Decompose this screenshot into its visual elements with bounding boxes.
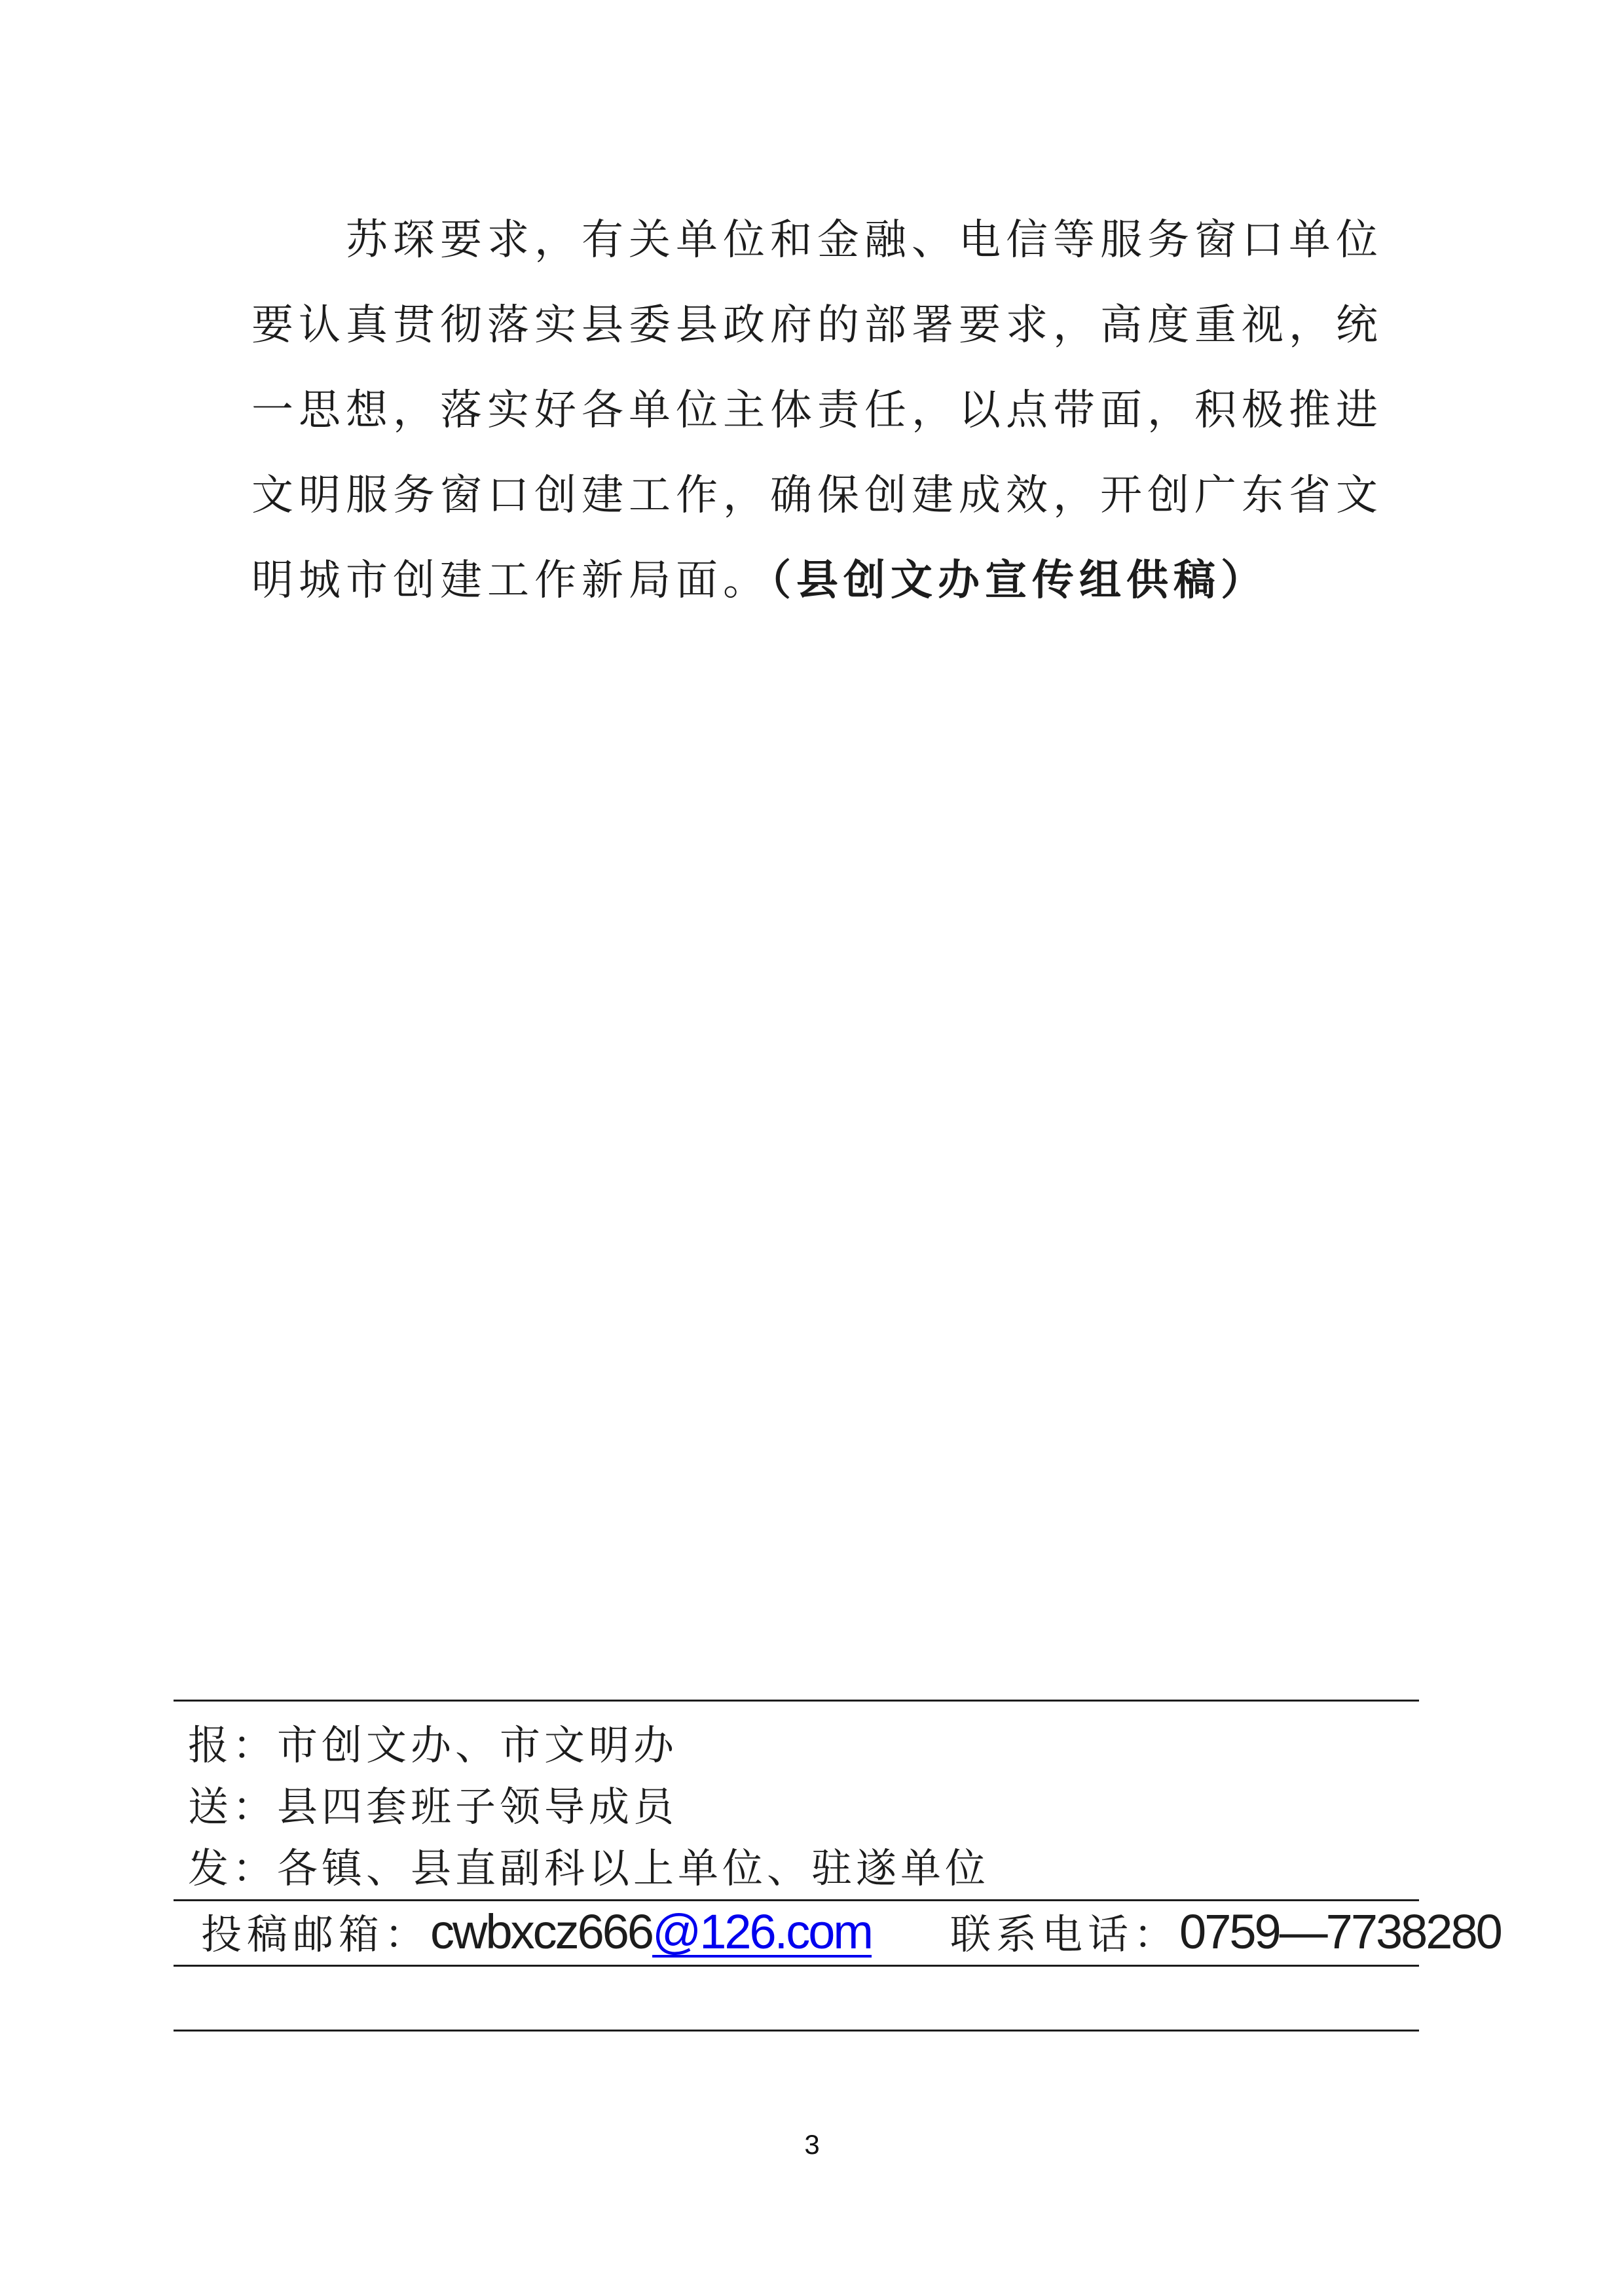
closing-sentence: 明城市创建工作新局面。 xyxy=(251,557,770,604)
phone-number: 0759—7738280 xyxy=(1179,1904,1501,1959)
paragraph-line-4: 文明服务窗口创建工作，确保创建成效，开创广东省文 xyxy=(251,453,1404,538)
document-page: 苏琛要求，有关单位和金融、电信等服务窗口单位 要认真贯彻落实县委县政府的部署要求… xyxy=(0,0,1624,2296)
email-label: 投稿邮箱： xyxy=(201,1913,430,1958)
phone-label: 联系电话： xyxy=(950,1913,1179,1958)
issue-to-row: 发：各镇、县直副科以上单位、驻遂单位 xyxy=(188,1838,989,1900)
contact-row: 投稿邮箱：cwbxcz666@126.com联系电话：0759—7738280 xyxy=(201,1901,1501,1963)
email-domain-link[interactable]: @126.com xyxy=(652,1904,872,1959)
paragraph-line-5: 明城市创建工作新局面。（县创文办宣传组供稿） xyxy=(251,538,1404,623)
paragraph-line-1: 苏琛要求，有关单位和金融、电信等服务窗口单位 xyxy=(251,198,1404,283)
body-paragraph: 苏琛要求，有关单位和金融、电信等服务窗口单位 要认真贯彻落实县委县政府的部署要求… xyxy=(251,198,1404,623)
separator-rule-bottom xyxy=(174,2030,1419,2032)
page-number: 3 xyxy=(0,2129,1624,2160)
email-user: cwbxcz666 xyxy=(430,1904,652,1959)
paragraph-line-2: 要认真贯彻落实县委县政府的部署要求，高度重视，统 xyxy=(251,283,1404,368)
paragraph-line-3: 一思想，落实好各单位主体责任，以点带面，积极推进 xyxy=(251,368,1404,453)
distribution-list: 报：市创文办、市文明办 送：县四套班子领导成员 发：各镇、县直副科以上单位、驻遂… xyxy=(188,1715,989,1900)
send-to-row: 送：县四套班子领导成员 xyxy=(188,1777,989,1838)
separator-rule-below-contact xyxy=(174,1965,1419,1967)
separator-rule-top xyxy=(174,1700,1419,1702)
contributor-credit: （县创文办宣传组供稿） xyxy=(770,557,1268,604)
report-to-row: 报：市创文办、市文明办 xyxy=(188,1715,989,1777)
